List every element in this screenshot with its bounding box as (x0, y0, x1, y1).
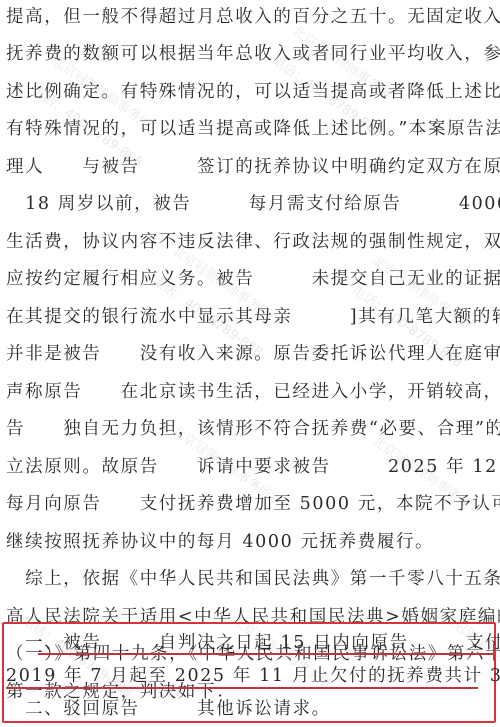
doc-line: 每月向原告 支付抚养费增加至 5000 元，本院不予认可，应 (6, 489, 496, 519)
doc-line: 立法原则。故原告 诉请中要求被告 2025 年 12 月起， (6, 452, 496, 482)
doc-line: 提高，但一般不得超过月总收入的百分之五十。无固定收入的， (6, 2, 496, 32)
doc-line: 并非是被告 没有收入来源。原告委托诉讼代理人在庭审中 (6, 339, 496, 369)
doc-line: 生活费，协议内容不违反法律、行政法规的强制性规定，双方均 (6, 227, 496, 257)
doc-line: 应按约定履行相应义务。被告 未提交自己无业的证据，但 (6, 264, 496, 294)
doc-line: 在其提交的银行流水中显示其母亲 ]其有几笔大额的转账， (6, 302, 496, 332)
doc-line: 告 独自无力负担，该情形不符合抚养费“必要、合理”的 (6, 414, 496, 444)
doc-line: 述比例确定。有特殊情况的，可以适当提高或者降低上述比例。 (6, 77, 496, 107)
doc-line: 抚养费的数额可以根据当年总收入或者同行业平均收入，参照上 (6, 39, 496, 69)
doc-line: 继续按照抚养协议中的每月 4000 元抚养费履行。 (6, 527, 496, 557)
doc-line: 声称原告 在北京读书生活，已经进入小学，开销较高，原 (6, 377, 496, 407)
doc-line: 理人 与被告 签订的抚养协议中明确约定双方在原告 (6, 152, 496, 182)
doc-line: 18 周岁以前，被告 每月需支付给原告 4000 元 (6, 189, 496, 219)
judgment-item-2: 二、驳回原告 其他诉讼请求。 (6, 694, 496, 724)
doc-line: 有特殊情况的，可以适当提高或降低上述比例。”本案原告法定代 (6, 114, 496, 144)
doc-line: 综上，依据《中华人民共和国民法典》第一千零八十五条，《最 (6, 564, 496, 594)
underline (38, 653, 493, 655)
underline (6, 687, 478, 689)
